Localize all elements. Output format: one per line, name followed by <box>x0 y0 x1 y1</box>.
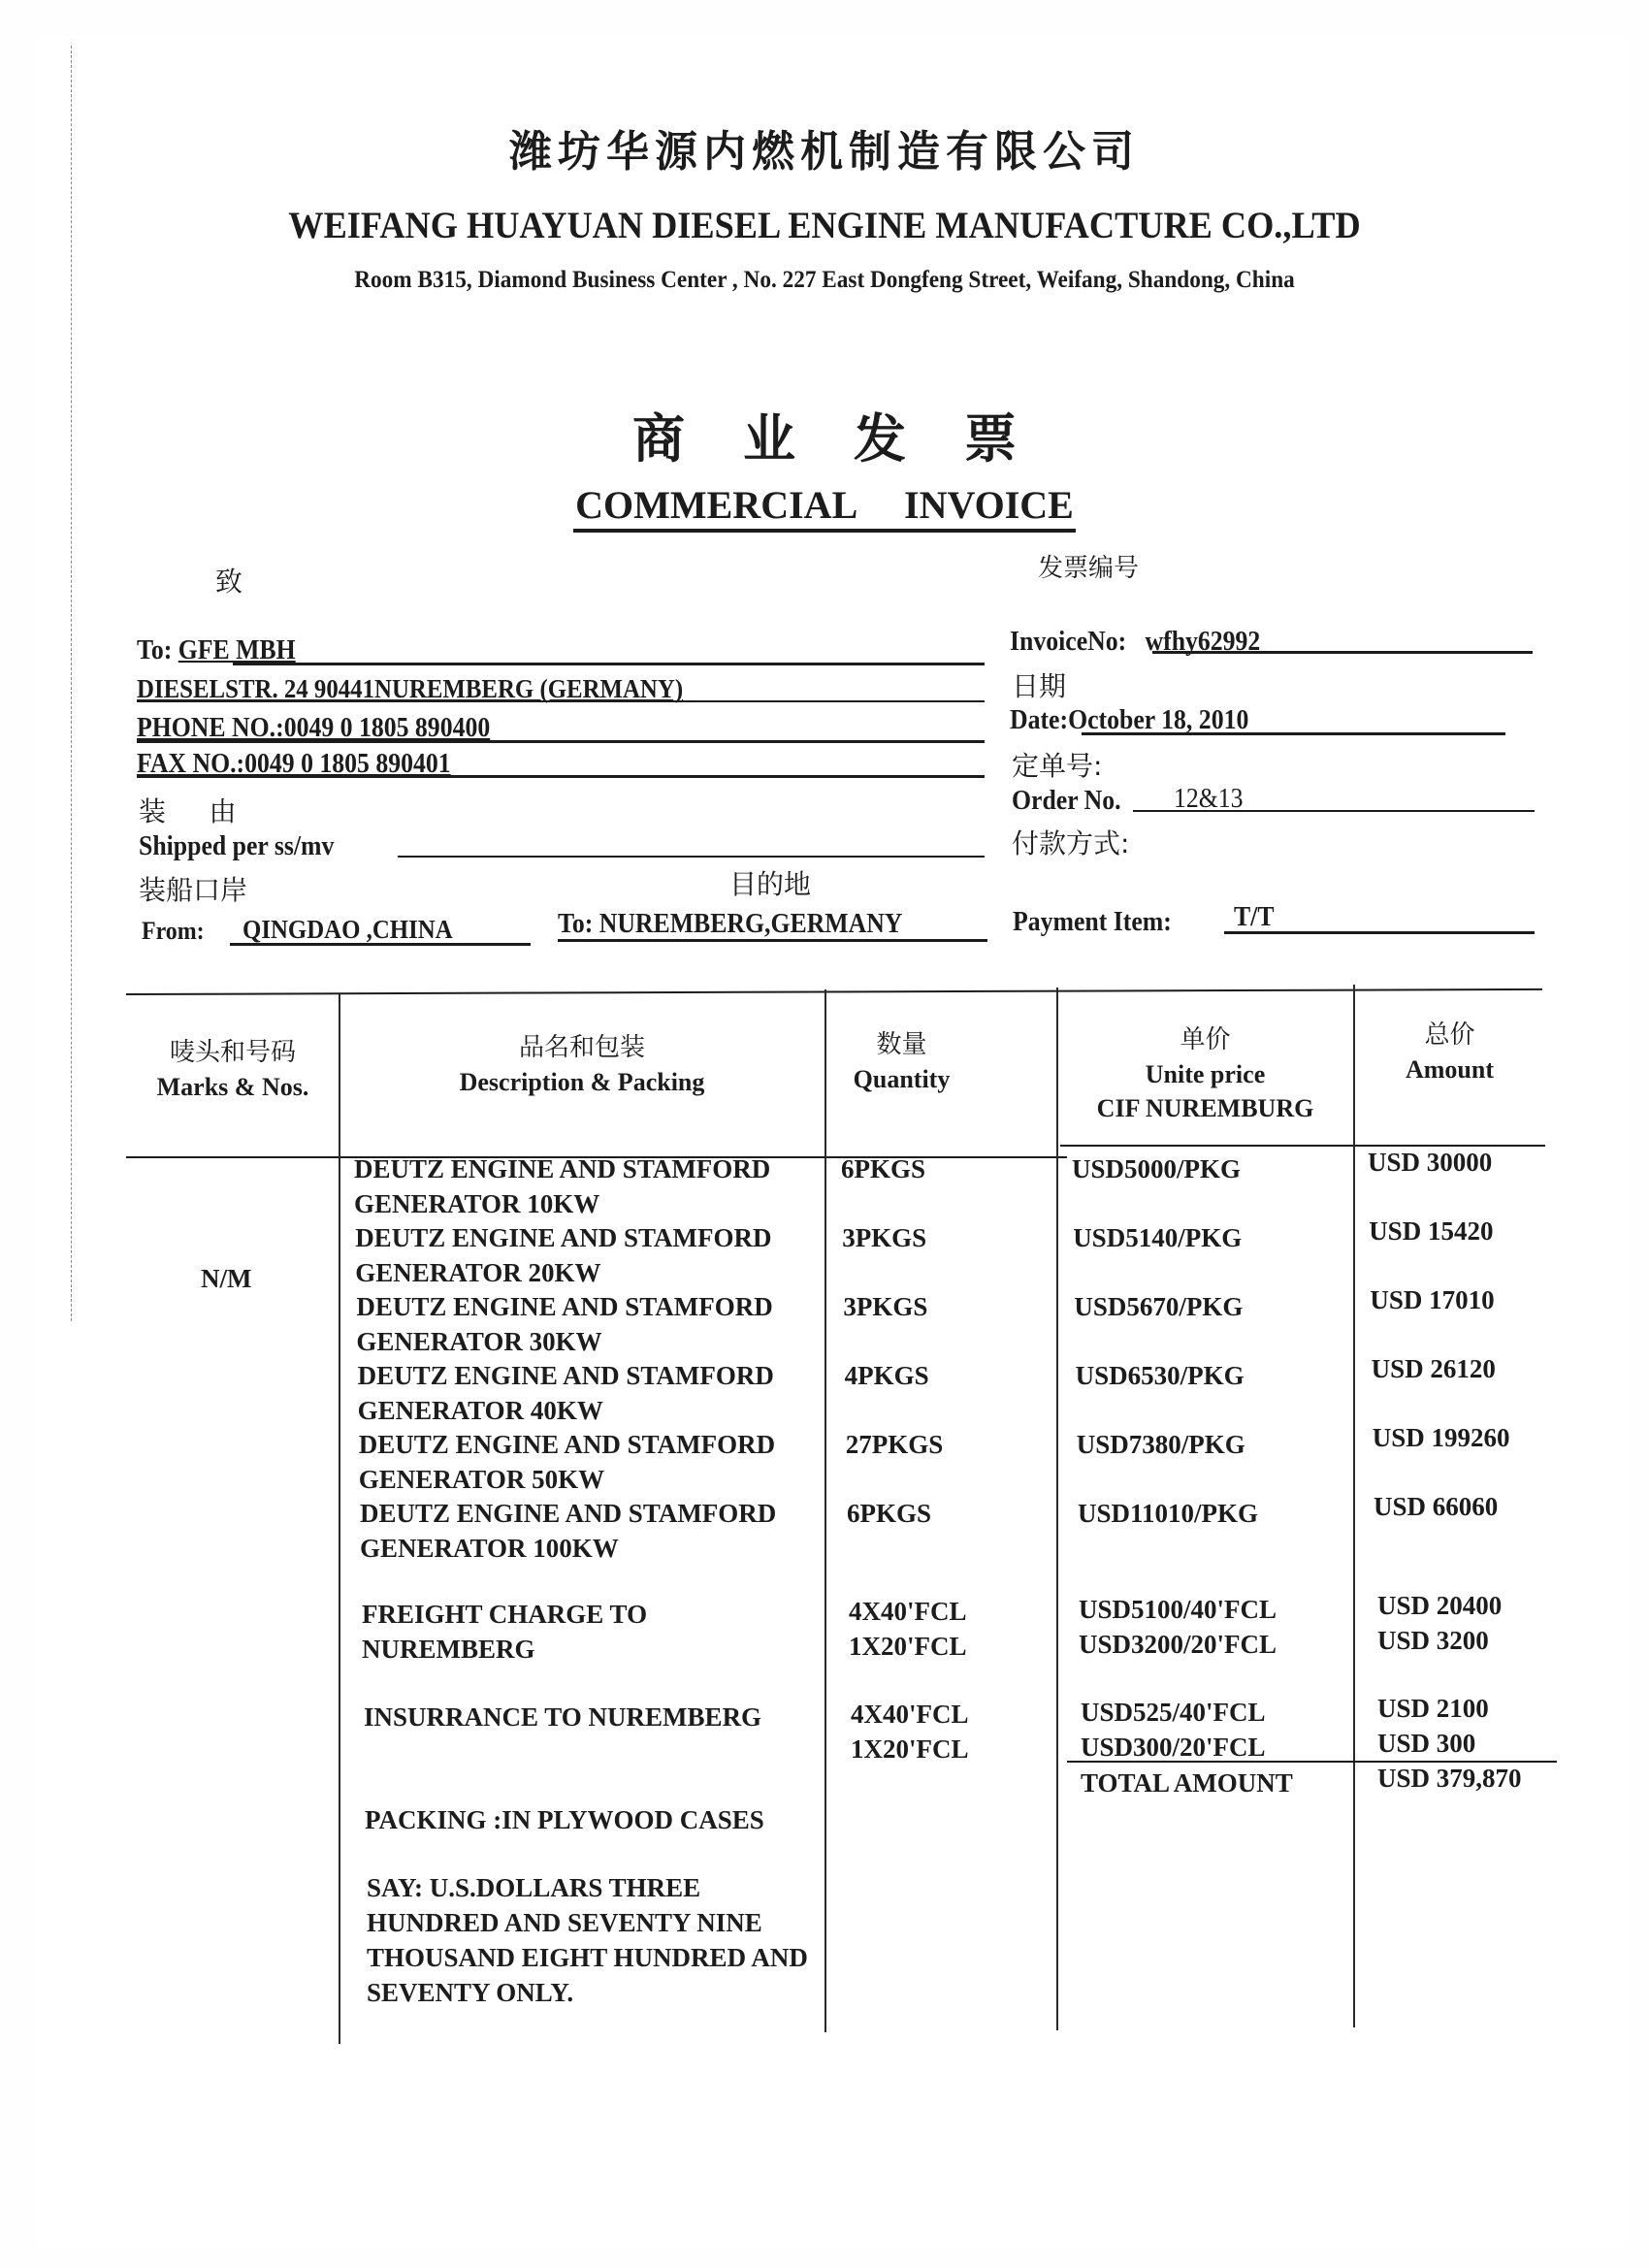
item-quantity: 6PKGS <box>841 1151 943 1220</box>
description-column: DEUTZ ENGINE AND STAMFORDGENERATOR 10KWD… <box>354 1151 776 1565</box>
to-port-value: NUREMBERG,GERMANY <box>599 909 903 939</box>
insurance-description: INSURRANCE TO NUREMBERG <box>364 1700 761 1734</box>
destination-label-cn: 目的地 <box>729 863 811 902</box>
item-quantity: 27PKGS <box>846 1427 944 1496</box>
shipped-label: Shipped per ss/mv <box>139 831 334 862</box>
header-unit-price: 单价 Unite price CIF NUREMBURG <box>1057 1023 1353 1125</box>
item-quantity: 4PKGS <box>845 1358 944 1427</box>
date-label: Date: <box>1010 705 1068 735</box>
quantity-column: 6PKGS3PKGS3PKGS4PKGS27PKGS6PKGS <box>841 1151 943 1565</box>
buyer-phone-underline <box>137 740 985 743</box>
buyer-name: GFE MBH <box>178 635 296 665</box>
item-quantity: 3PKGS <box>843 1289 943 1358</box>
item-amount: USD 26120 <box>1372 1351 1510 1420</box>
payment-underline <box>1224 931 1535 934</box>
invoice-no-underline <box>1152 651 1533 654</box>
item-description: DEUTZ ENGINE AND STAMFORDGENERATOR 30KW <box>356 1289 776 1358</box>
insurance-quantity: 4X40'FCL 1X20'FCL <box>851 1697 969 1766</box>
from-value: QINGDAO ,CHINA <box>242 915 453 945</box>
unit-price-column: USD5000/PKGUSD5140/PKGUSD5670/PKGUSD6530… <box>1072 1151 1258 1565</box>
title-cn: 商业发票 <box>0 398 1649 472</box>
company-name-en: WEIFANG HUAYUAN DIESEL ENGINE MANUFACTUR… <box>58 204 1592 247</box>
item-description: DEUTZ ENGINE AND STAMFORDGENERATOR 50KW <box>359 1427 777 1496</box>
table-col-divider-1 <box>339 994 340 2044</box>
freight-amount: USD 20400 USD 3200 <box>1377 1588 1502 1658</box>
amount-in-words: SAY: U.S.DOLLARS THREE HUNDRED AND SEVEN… <box>367 1870 808 2010</box>
buyer-fax-underline <box>137 775 985 778</box>
to-port-underline <box>558 939 987 942</box>
item-unit-price: USD11010/PKG <box>1078 1496 1258 1565</box>
item-description: DEUTZ ENGINE AND STAMFORDGENERATOR 20KW <box>355 1220 776 1289</box>
title-en-wrapper: COMMERCIAL INVOICE <box>0 482 1649 528</box>
item-amount: USD 30000 <box>1368 1145 1510 1214</box>
table-col-divider-3 <box>1056 988 1058 2030</box>
payment-label: Payment Item: <box>1013 907 1172 938</box>
order-no-label-cn: 定单号: <box>1012 745 1102 784</box>
freight-unit-price: USD5100/40'FCL USD3200/20'FCL <box>1079 1592 1277 1662</box>
header-description: 品名和包装 Description & Packing <box>339 1031 824 1099</box>
item-description: DEUTZ ENGINE AND STAMFORDGENERATOR 10KW <box>354 1151 776 1220</box>
company-address: Room B315, Diamond Business Center , No.… <box>58 267 1592 294</box>
buyer-name-underline <box>233 663 985 665</box>
amount-column: USD 30000USD 15420USD 17010USD 26120USD … <box>1368 1145 1510 1558</box>
payment-value: T/T <box>1234 902 1275 933</box>
from-label: From: <box>142 917 205 946</box>
buyer-address-underline <box>137 700 985 702</box>
to-label: To: <box>137 635 172 665</box>
total-amount: USD 379,870 <box>1377 1761 1522 1796</box>
item-amount: USD 17010 <box>1370 1282 1509 1351</box>
item-quantity: 6PKGS <box>847 1496 943 1565</box>
item-unit-price: USD6530/PKG <box>1076 1358 1258 1427</box>
item-unit-price: USD5670/PKG <box>1074 1289 1258 1358</box>
header-quantity: 数量 Quantity <box>826 1028 977 1096</box>
title-en: COMMERCIAL INVOICE <box>573 483 1076 533</box>
header-amount: 总价 Amount <box>1355 1019 1544 1086</box>
invoice-no-label-cn: 发票编号 <box>1038 548 1139 584</box>
from-underline <box>230 943 531 946</box>
item-amount: USD 66060 <box>1374 1489 1510 1558</box>
port-label-cn: 装船口岸 <box>139 869 247 908</box>
item-unit-price: USD5140/PKG <box>1073 1220 1258 1289</box>
total-label: TOTAL AMOUNT <box>1081 1766 1293 1800</box>
date-label-cn: 日期 <box>1012 665 1066 704</box>
shipped-label-cn: 装 由 <box>139 791 237 829</box>
marks-value: N/M <box>201 1261 251 1296</box>
insurance-amount: USD 2100 USD 300 <box>1377 1691 1489 1761</box>
item-unit-price: USD7380/PKG <box>1077 1427 1258 1496</box>
shipped-field-line <box>398 856 985 858</box>
date-value: October 18, 2010 <box>1068 705 1248 735</box>
item-amount: USD 199260 <box>1373 1420 1510 1489</box>
header-marks: 唛头和号码 Marks & Nos. <box>126 1036 339 1104</box>
packing-note: PACKING :IN PLYWOOD CASES <box>365 1802 764 1837</box>
freight-description: FREIGHT CHARGE TO NUREMBERG <box>362 1597 647 1667</box>
page-sheet <box>37 37 1628 2249</box>
to-port-row: To: NUREMBERG,GERMANY <box>558 909 902 940</box>
order-no-label: Order No. <box>1012 786 1121 817</box>
table-col-divider-4 <box>1353 985 1355 2027</box>
order-no-underline <box>1133 810 1535 812</box>
to-label-cn: 致 <box>215 561 242 599</box>
item-unit-price: USD5000/PKG <box>1072 1151 1258 1220</box>
company-name-cn: 潍坊华源内燃机制造有限公司 <box>0 116 1649 178</box>
item-description: DEUTZ ENGINE AND STAMFORDGENERATOR 40KW <box>358 1358 777 1427</box>
to-port-label: To: <box>558 909 593 939</box>
item-description: DEUTZ ENGINE AND STAMFORDGENERATOR 100KW <box>360 1496 776 1565</box>
insurance-unit-price: USD525/40'FCL USD300/20'FCL <box>1081 1695 1266 1765</box>
invoice-no-label: InvoiceNo: <box>1010 627 1126 657</box>
payment-label-cn: 付款方式: <box>1012 823 1129 861</box>
item-amount: USD 15420 <box>1369 1214 1509 1282</box>
date-underline <box>1082 732 1505 735</box>
freight-quantity: 4X40'FCL 1X20'FCL <box>849 1594 967 1664</box>
item-quantity: 3PKGS <box>842 1220 943 1289</box>
table-col-divider-2 <box>824 989 826 2032</box>
